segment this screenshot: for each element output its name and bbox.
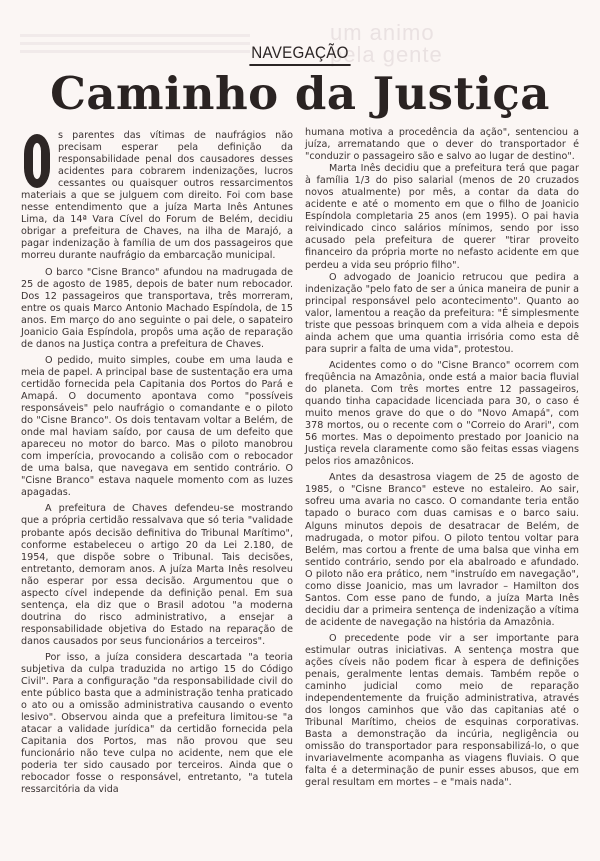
right-column: humana motiva a procedência da ação", se… — [305, 127, 579, 794]
paragraph-10: Antes da desastrosa viagem de 25 de agos… — [305, 472, 579, 629]
section-label-text: NAVEGAÇÃO — [249, 44, 350, 66]
paragraph-4: A prefeitura de Chaves defendeu-se mostr… — [21, 503, 293, 648]
paragraph-5: Por isso, a juíza considera descartada "… — [21, 652, 293, 797]
paragraph-7: Marta Inês decidiu que a prefeitura terá… — [305, 163, 579, 271]
paragraph-9: Acidentes como o do "Cisne Branco" ocorr… — [305, 360, 579, 468]
paragraph-6: humana motiva a procedência da ação", se… — [305, 127, 579, 163]
section-label: NAVEGAÇÃO — [0, 44, 600, 66]
dropcap-o: O — [24, 134, 50, 188]
left-column: Os parentes das vítimas de naufrágios nã… — [21, 130, 293, 801]
article-headline: Caminho da Justiça — [0, 68, 600, 120]
paragraph-1: Os parentes das vítimas de naufrágios nã… — [21, 130, 293, 263]
paragraph-2: O barco "Cisne Branco" afundou na madrug… — [21, 267, 293, 351]
paragraph-8: O advogado de Joanicio retrucou que pedi… — [305, 272, 579, 356]
paragraph-11: O precedente pode vir a ser importante p… — [305, 633, 579, 790]
paragraph-3: O pedido, muito simples, coube em uma la… — [21, 355, 293, 500]
